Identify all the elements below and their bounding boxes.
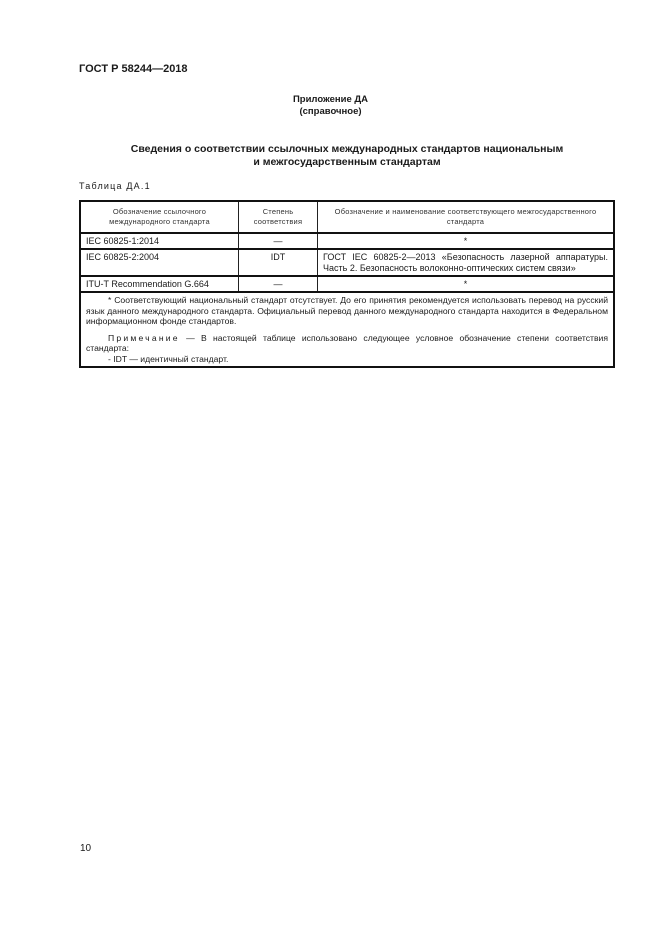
column-header-degree: Степень соответствия bbox=[239, 201, 318, 233]
table-caption: Таблица ДА.1 bbox=[79, 181, 151, 191]
page-number: 10 bbox=[80, 843, 91, 854]
table-header-row: Обозначение ссылочного международного ст… bbox=[80, 201, 614, 233]
section-title-line1: Сведения о соответствии ссылочных междун… bbox=[79, 143, 615, 156]
annex-title: Приложение ДА bbox=[0, 94, 661, 106]
note-list-item: - IDT — идентичный стандарт. bbox=[86, 354, 608, 365]
cell-degree: IDT bbox=[239, 249, 318, 276]
note-label: Примечание bbox=[108, 333, 180, 343]
footnote-text: * Соответствующий национальный стандарт … bbox=[86, 295, 608, 327]
document-code: ГОСТ Р 58244—2018 bbox=[79, 63, 188, 75]
table-row: IEC 60825-2:2004 IDT ГОСТ IEC 60825-2—20… bbox=[80, 249, 614, 276]
column-header-international: Обозначение ссылочного международного ст… bbox=[80, 201, 239, 233]
table-footnote-cell: * Соответствующий национальный стандарт … bbox=[80, 292, 614, 367]
annex-status: (справочное) bbox=[0, 106, 661, 118]
table-footnote-row: * Соответствующий национальный стандарт … bbox=[80, 292, 614, 367]
annex-heading: Приложение ДА (справочное) bbox=[0, 94, 661, 118]
cell-national: * bbox=[318, 276, 615, 292]
note: Примечание — В настоящей таблице использ… bbox=[86, 333, 608, 354]
cell-international: IEC 60825-1:2014 bbox=[80, 233, 239, 249]
cell-national: * bbox=[318, 233, 615, 249]
cell-national: ГОСТ IEC 60825-2—2013 «Безопасность лазе… bbox=[318, 249, 615, 276]
section-title-line2: и межгосударственным стандартам bbox=[79, 156, 615, 169]
cell-international: ITU-T Recommendation G.664 bbox=[80, 276, 239, 292]
column-header-national: Обозначение и наименование соответствующ… bbox=[318, 201, 615, 233]
table-row: IEC 60825-1:2014 — * bbox=[80, 233, 614, 249]
cell-international: IEC 60825-2:2004 bbox=[80, 249, 239, 276]
standards-correspondence-table: Обозначение ссылочного международного ст… bbox=[79, 200, 615, 368]
cell-degree: — bbox=[239, 276, 318, 292]
cell-degree: — bbox=[239, 233, 318, 249]
table-row: ITU-T Recommendation G.664 — * bbox=[80, 276, 614, 292]
section-title: Сведения о соответствии ссылочных междун… bbox=[79, 143, 615, 169]
